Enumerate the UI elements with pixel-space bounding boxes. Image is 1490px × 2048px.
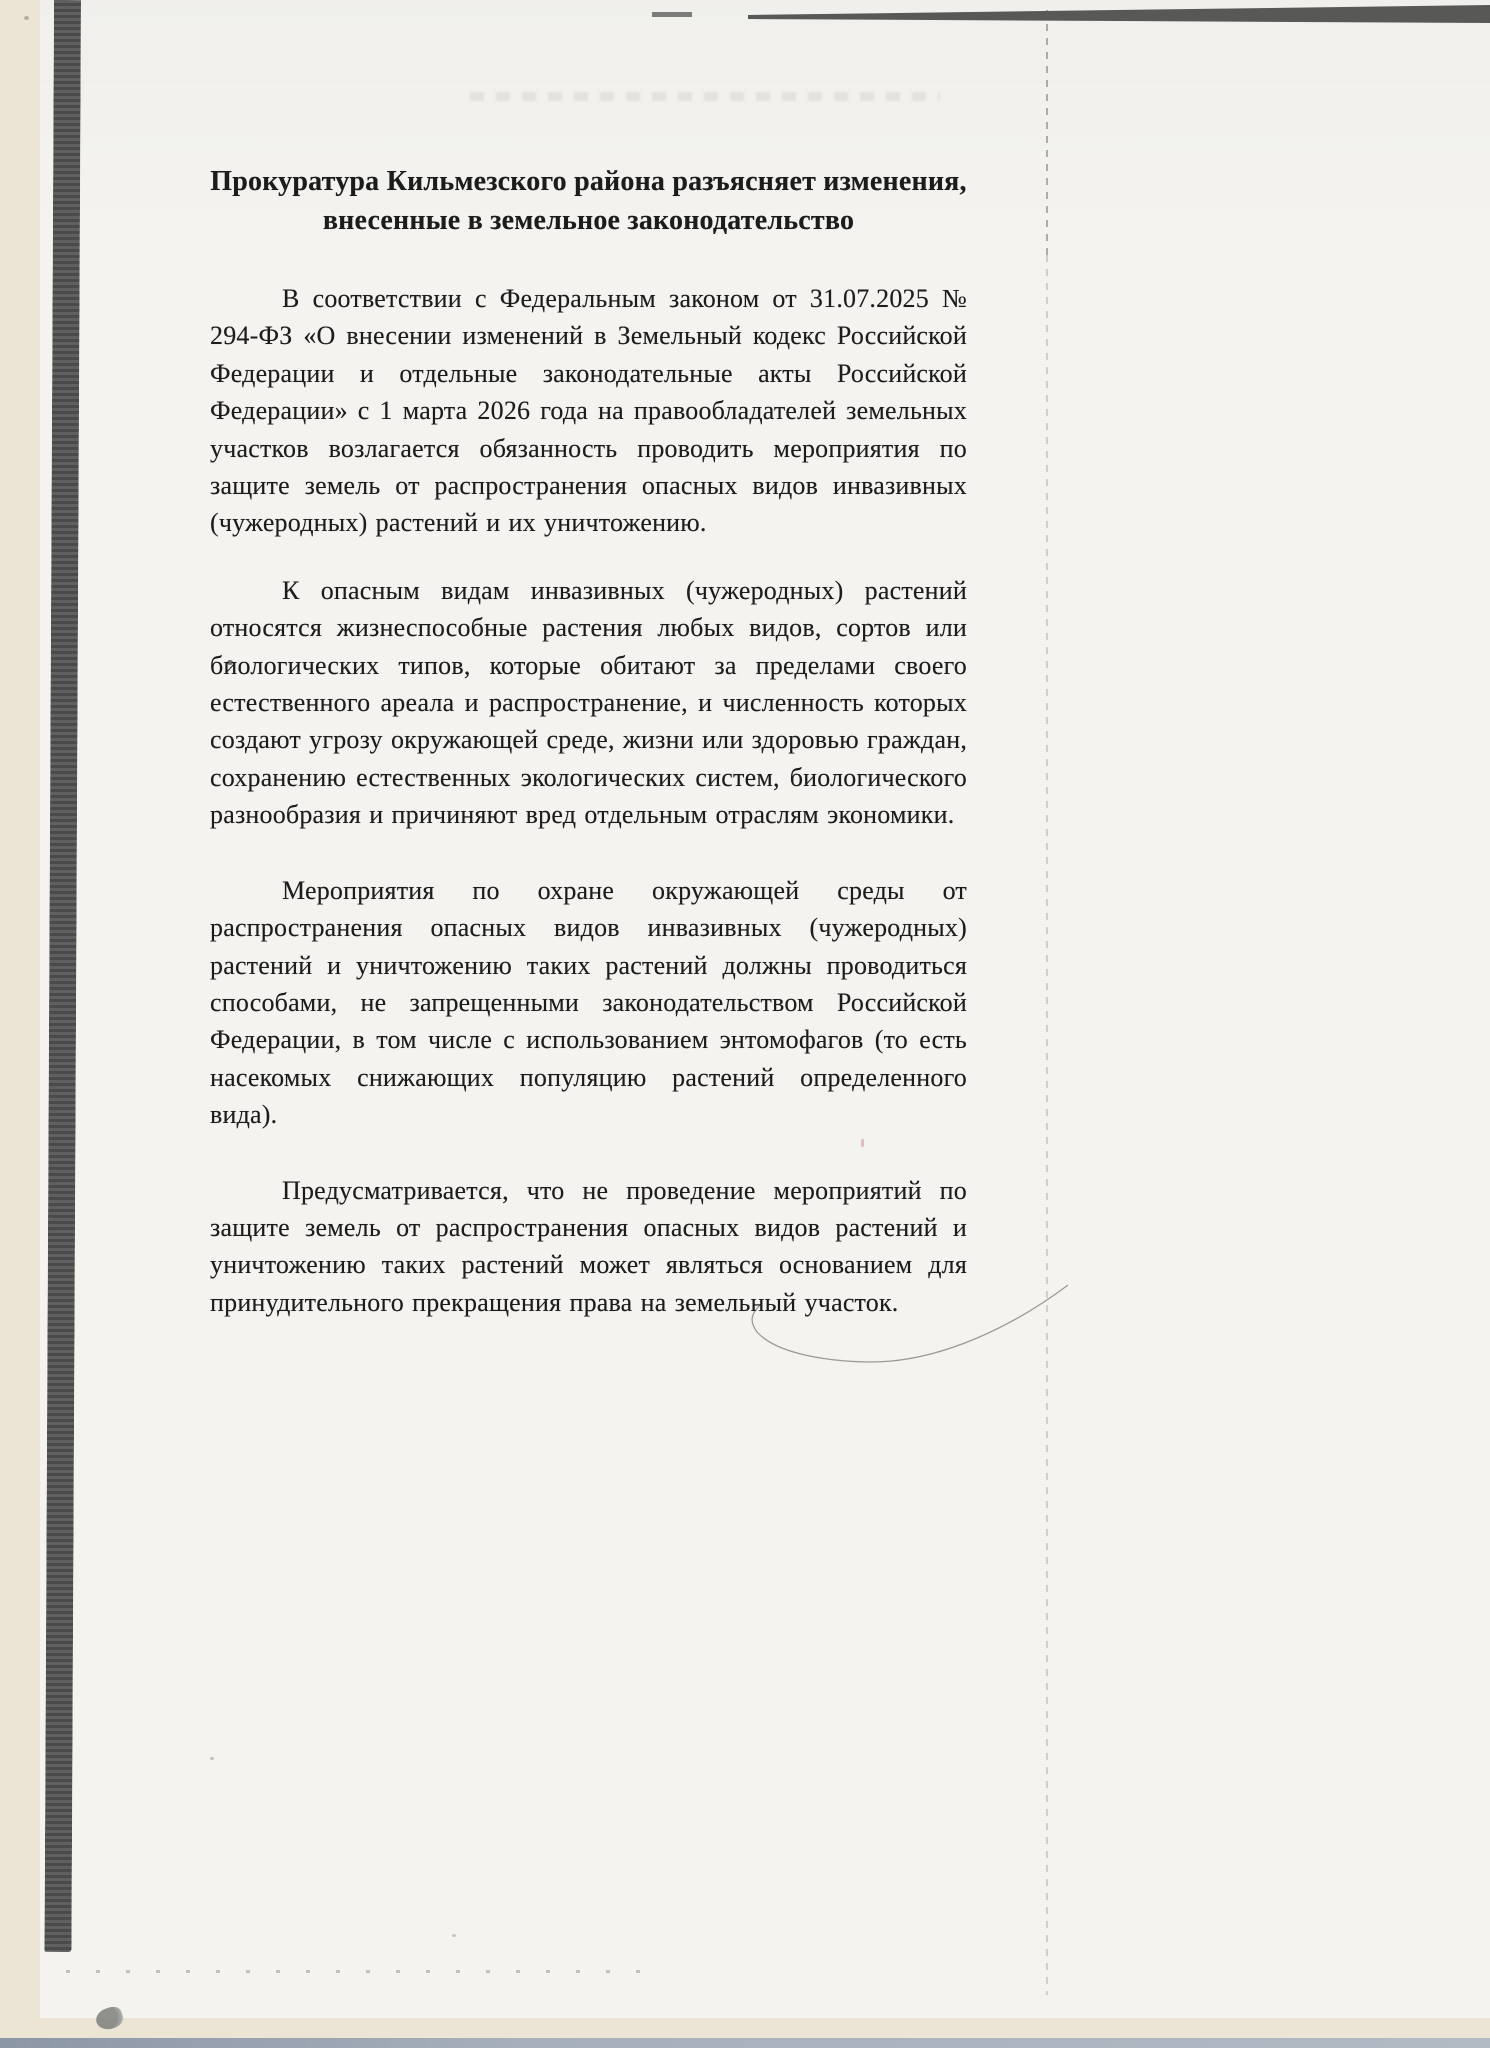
- page-title: Прокуратура Кильмезского района разъясня…: [210, 162, 967, 240]
- ghost-text-smudge: [470, 92, 940, 101]
- document-body: Прокуратура Кильмезского района разъясня…: [210, 162, 967, 1321]
- ink-speck: [210, 1757, 214, 1760]
- ink-speck: [24, 16, 29, 20]
- fold-crease-line: [1046, 255, 1048, 1995]
- scan-bed-bottom-band: [0, 2018, 1490, 2040]
- photocopy-edge-bar: [44, 0, 81, 1952]
- scanned-page: Прокуратура Кильмезского района разъясня…: [0, 0, 1490, 2048]
- scan-bed-left-strip: [0, 0, 40, 2048]
- ink-speck: [452, 1934, 456, 1937]
- top-edge-wedge: [748, 5, 1490, 23]
- scanner-bottom-edge-band: [0, 2038, 1490, 2048]
- paragraph-4: Предусматривается, что не проведение мер…: [210, 1172, 967, 1322]
- paragraph-1: В соответствии с Федеральным законом от …: [210, 280, 967, 542]
- bottom-dotted-trace: [66, 1970, 656, 1973]
- title-line-2: внесенные в земельное законодательство: [210, 201, 967, 240]
- title-line-1: Прокуратура Кильмезского района разъясня…: [210, 162, 967, 201]
- paragraph-3: Мероприятия по охране окружающей среды о…: [210, 872, 967, 1134]
- fold-crease-line: [1046, 10, 1048, 255]
- paragraph-2: К опасным видам инвазивных (чужеродных) …: [210, 572, 967, 834]
- top-edge-dash: [652, 12, 692, 17]
